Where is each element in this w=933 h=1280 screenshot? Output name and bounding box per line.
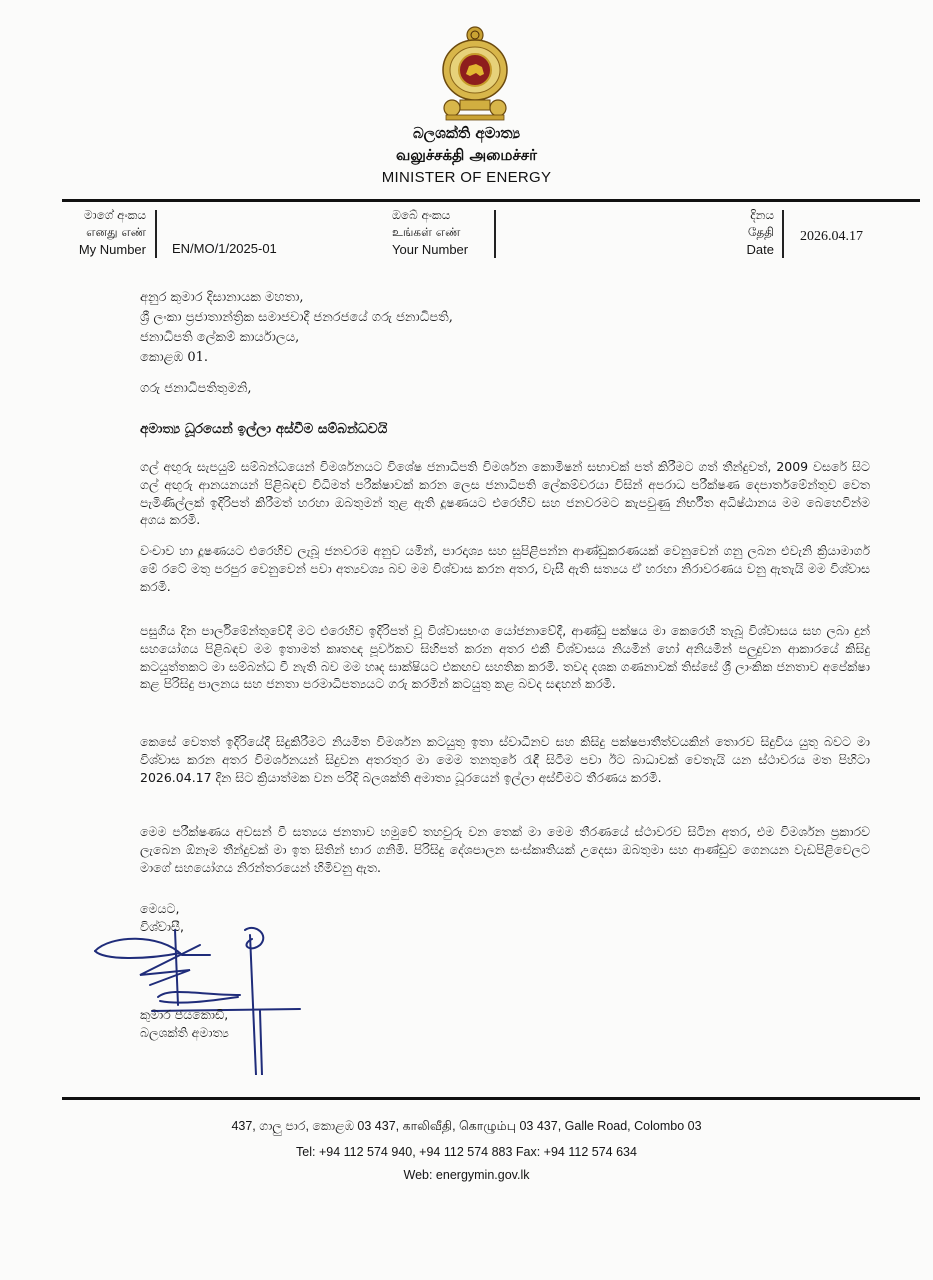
signer-title: බලශක්ති අමාත්‍ය	[140, 1024, 229, 1042]
your-number-label: ඔබේ අංකය உங்கள் எண் Your Number	[392, 207, 484, 258]
body-paragraph: වංචාව හා දූෂණයට එරෙහිව ලැබූ ජනවරම අනුව ය…	[140, 542, 870, 595]
footer-address: 437, ගාලු පාර, කොළඹ 03 437, காலிவீதி, கொ…	[0, 1119, 933, 1135]
date-value: 2026.04.17	[800, 229, 863, 245]
body-paragraph: පසුගිය දින පාර්ලිමේන්තුවේදී මට එරෙහිව ඉද…	[140, 622, 870, 693]
letter-subject: අමාත්‍ය ධූරයෙන් ඉල්ලා අස්වීම සම්බන්ධවයි	[140, 421, 387, 437]
letterhead-title-sinhala: බලශක්ති අමාත්‍ය	[0, 124, 933, 142]
my-number-label: මාගේ අංකය எனது எண் My Number	[62, 207, 146, 258]
signer-block: කුමාර ජයකොඩි, බලශක්ති අමාත්‍ය	[140, 1006, 229, 1042]
date-label: දිනය தேதி Date	[730, 207, 774, 258]
signer-name: කුමාර ජයකොඩි,	[140, 1006, 229, 1024]
footer-contact: Tel: +94 112 574 940, +94 112 574 883 Fa…	[0, 1145, 933, 1159]
salutation: ගරු ජනාධිපතිතුමනි,	[140, 381, 252, 396]
signature-icon	[90, 925, 350, 1075]
my-number-value: EN/MO/1/2025-01	[172, 241, 277, 256]
state-emblem-icon	[436, 24, 514, 122]
recipient-address: අනුර කුමාර දිසානායක මහතා, ශ්‍රී ලංකා ප්‍…	[140, 288, 453, 368]
letterhead-title-tamil: வலுச்சக்தி அமைச்சர்	[0, 146, 933, 166]
body-paragraph: ගල් අඟුරු සැපයුම් සම්බන්ධයෙන් විමර්ශනයට …	[140, 458, 870, 529]
footer-web[interactable]: Web: energymin.gov.lk	[0, 1168, 933, 1182]
footer-divider	[62, 1097, 920, 1100]
ref-separator	[155, 210, 157, 258]
header-divider	[62, 199, 920, 202]
letterhead-title-english: MINISTER OF ENERGY	[0, 169, 933, 186]
body-paragraph: මෙම පරීක්ෂණය අවසන් වී සත්‍යය ජනතාව හමුවේ…	[140, 823, 870, 876]
body-paragraph: කෙසේ වෙතත් ඉදිරියේදී සිදුකිරීමට නියමිත ව…	[140, 733, 870, 786]
ref-separator	[782, 210, 784, 258]
ref-separator	[494, 210, 496, 258]
